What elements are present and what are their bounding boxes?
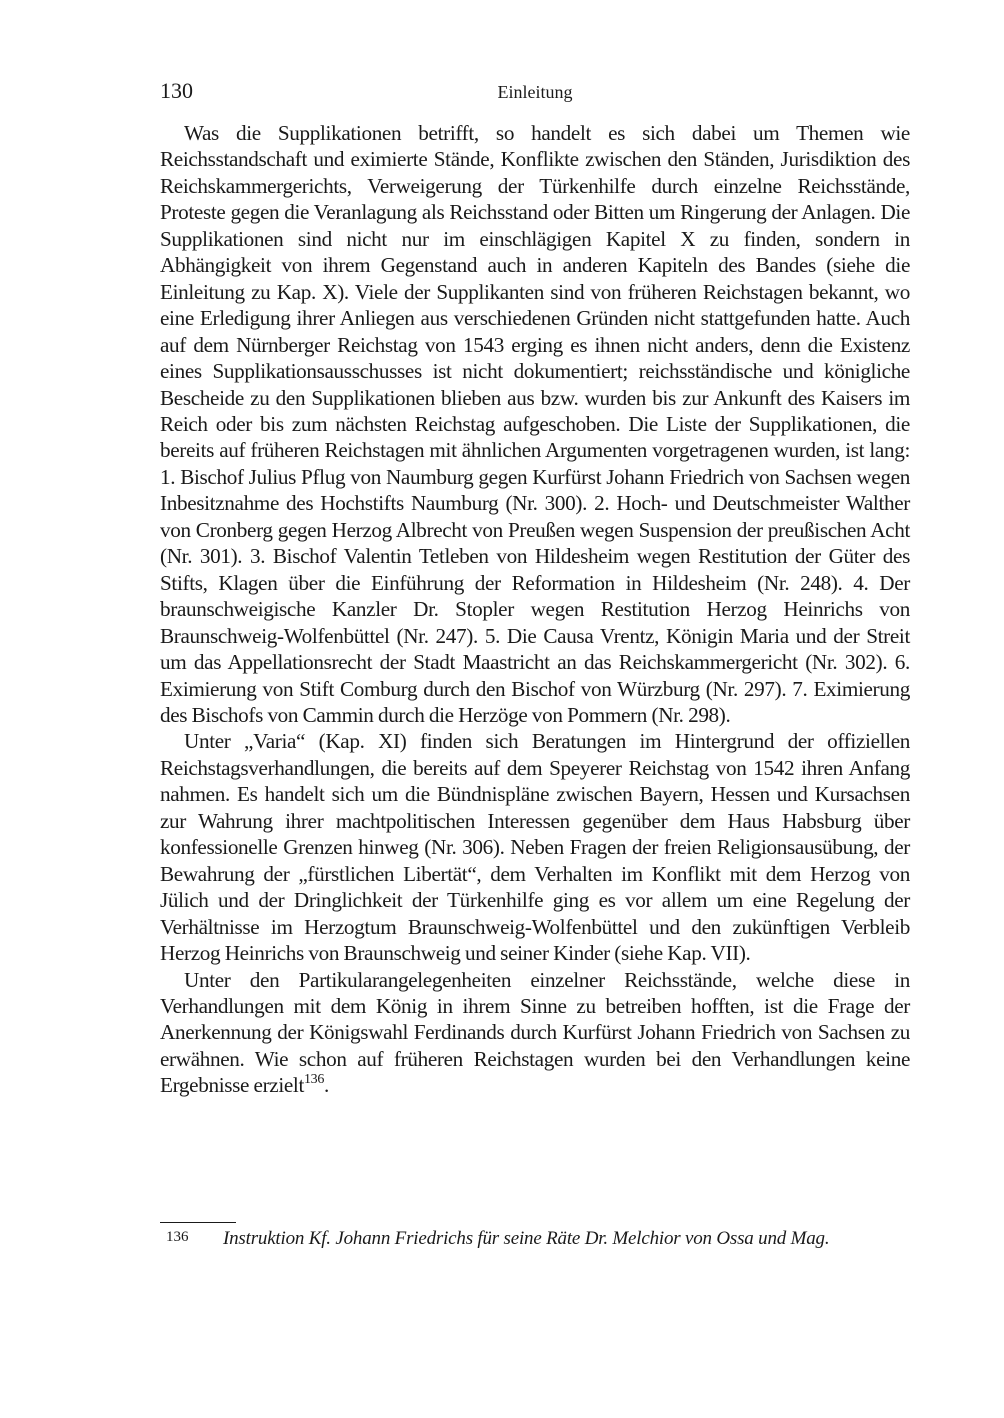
paragraph-particular-matters: Unter den Partikularangelegenheiten einz… (160, 967, 910, 1099)
paragraph-varia: Unter „Varia“ (Kap. XI) finden sich Bera… (160, 728, 910, 966)
running-head: Einleitung (160, 82, 910, 103)
footnote-reference[interactable]: 136 (304, 1072, 324, 1087)
page-header: 130 Einleitung (160, 78, 910, 108)
paragraph-end: . (324, 1073, 329, 1097)
body-text: Was die Supplikationen betrifft, so hand… (160, 120, 910, 1099)
footnote: 136 Instruktion Kf. Johann Friedrichs fü… (160, 1227, 910, 1251)
footnote-number: 136 (166, 1225, 189, 1249)
paragraph-supplications: Was die Supplikationen betrifft, so hand… (160, 120, 910, 728)
paragraph-text: Unter den Partikularangelegenheiten einz… (160, 968, 910, 1098)
footnote-text: Instruktion Kf. Johann Friedrichs für se… (223, 1227, 910, 1251)
footnote-divider (160, 1222, 236, 1223)
